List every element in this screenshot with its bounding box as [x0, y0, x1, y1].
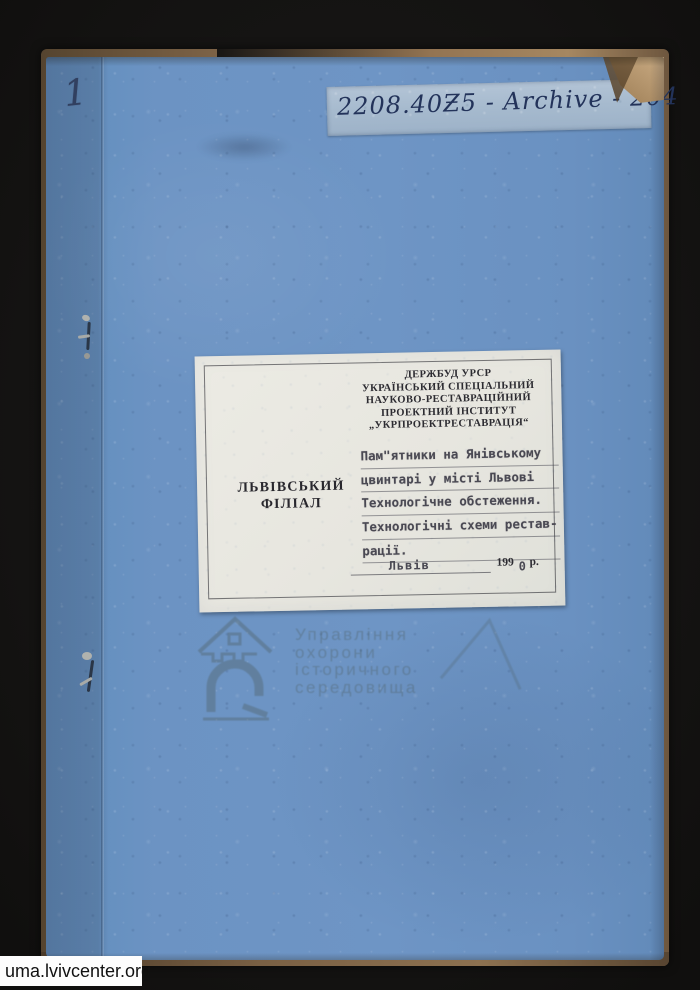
branch-name: ЛЬВІВСЬКИЙ ФІЛІАЛ: [227, 477, 356, 513]
watermark-text: uma.lvivcenter.org: [5, 961, 151, 982]
year-typed-digit: 0: [519, 559, 527, 573]
gate-tower-logo-icon: [185, 612, 285, 732]
handwritten-page-number: 1: [62, 72, 89, 115]
watermark-box: uma.lvivcenter.org: [0, 956, 142, 986]
stamp-text-line: Управління: [295, 626, 418, 644]
typed-title-block: Пам"ятники на Янівському цвинтарі у міст…: [360, 442, 560, 564]
branch-line: ФІЛІАЛ: [227, 494, 355, 513]
thread-knot: [81, 314, 91, 322]
city-name: Львів: [388, 558, 429, 573]
form-rule: [351, 572, 491, 576]
faint-triangle-stamp-icon: [432, 606, 537, 698]
label-header: ДЕРЖБУД УРСР УКРАЇНСЬКИЙ СПЕЦІАЛЬНИЙ НАУ…: [345, 367, 552, 434]
year-printed: 199: [496, 556, 513, 568]
archival-tape-strip: 2208.40Ƶ5 - Archive - 204: [326, 79, 651, 136]
binding-stitch-bottom: [79, 650, 101, 706]
heritage-office-stamp: Управління охорони історичного середовищ…: [185, 612, 545, 752]
photo-backdrop: 1 2208.40Ƶ5 - Archive - 204 ДЕРЖБУД УРСР…: [0, 0, 700, 990]
city-year-row: Львів 199 0 р.: [349, 556, 561, 582]
stamp-text-line: середовища: [295, 679, 418, 697]
institute-label: ДЕРЖБУД УРСР УКРАЇНСЬКИЙ СПЕЦІАЛЬНИЙ НАУ…: [195, 350, 566, 613]
thread-knot: [82, 652, 92, 660]
binding-stitch-top: [78, 315, 100, 365]
binding-crease: [101, 57, 104, 960]
stamp-text-line: історичного: [295, 661, 418, 679]
ink-smudge: [196, 133, 292, 161]
stamp-text-line: охорони: [295, 644, 418, 662]
folder-cover: 1 2208.40Ƶ5 - Archive - 204 ДЕРЖБУД УРСР…: [46, 57, 664, 960]
branch-line: ЛЬВІВСЬКИЙ: [227, 477, 355, 496]
stamp-text: Управління охорони історичного середовищ…: [295, 626, 418, 696]
year-suffix: р.: [529, 556, 539, 568]
thread-knot: [84, 353, 90, 359]
